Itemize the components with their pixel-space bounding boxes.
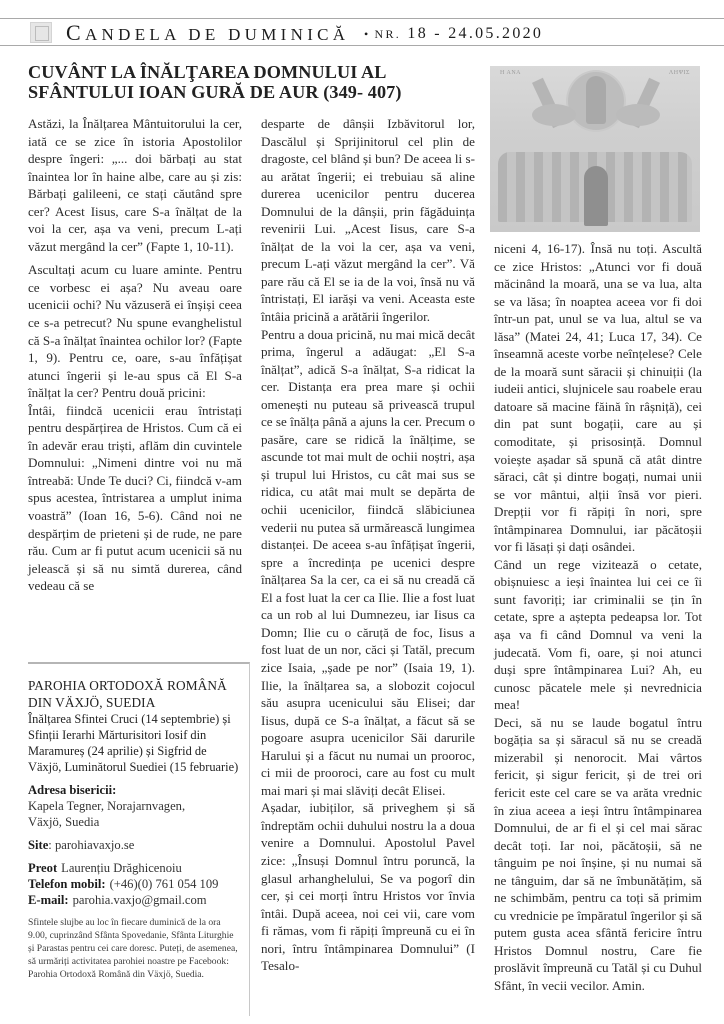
icon-inscription-right: ΛΗΨΙΣ — [669, 70, 690, 76]
ascension-icon-image: Η ΑΝΑ ΛΗΨΙΣ — [490, 66, 700, 232]
phone-number[interactable]: (+46)(0) 761 054 109 — [110, 877, 219, 891]
masthead: CANDELA DE DUMINICĂ •NR. 18 - 24.05.2020 — [0, 18, 724, 46]
church-crest-icon — [30, 22, 52, 43]
paragraph: Ascultați acum cu luare aminte. Pentru c… — [28, 261, 242, 401]
paragraph: Întâi, fiindcă ucenicii erau întristați … — [28, 402, 242, 595]
issue-number-date: 18 - 24.05.2020 — [407, 25, 543, 42]
contact-block: Preot Laurențiu Drăghicenoiu Telefon mob… — [28, 860, 241, 908]
icon-inscription-left: Η ΑΝΑ — [500, 70, 521, 76]
parish-name-line2: DIN VÄXJÖ, SUEDIA — [28, 695, 155, 710]
parish-info-box: PAROHIA ORTODOXĂ ROMÂNĂ DIN VÄXJÖ, SUEDI… — [28, 662, 250, 1016]
article-column-2: desparte de dânșii Izbăvitorul lor, Dasc… — [261, 115, 475, 975]
paragraph: Astăzi, la Înălțarea Mântuitorului la ce… — [28, 115, 242, 255]
paragraph: Pentru a doua pricină, nu mai mică decât… — [261, 326, 475, 800]
parish-name-line1: PAROHIA ORTODOXĂ ROMÂNĂ — [28, 678, 227, 693]
newsletter-title: CANDELA DE DUMINICĂ — [66, 21, 349, 47]
priest-name: Laurențiu Drăghicenoiu — [61, 861, 182, 875]
title-initial: C — [66, 20, 85, 45]
email-link[interactable]: parohia.vaxjo@gmail.com — [73, 893, 207, 907]
parish-name: PAROHIA ORTODOXĂ ROMÂNĂ DIN VÄXJÖ, SUEDI… — [28, 678, 241, 711]
services-note: Sfintele slujbe au loc în fiecare dumini… — [28, 916, 241, 981]
article-title-line2: SFÂNTULUI IOAN GURĂ DE AUR (349- 407) — [28, 82, 402, 102]
article-title-line1: CUVÂNT LA ÎNĂLŢAREA DOMNULUI AL — [28, 62, 386, 82]
article-column-3: niceni 4, 16-17). Însă nu toți. Ascultă … — [494, 240, 702, 995]
priest-label: Preot — [28, 861, 57, 875]
site-link[interactable]: parohiavaxjo.se — [55, 838, 134, 852]
angel-figure — [616, 104, 660, 126]
article-title: CUVÂNT LA ÎNĂLŢAREA DOMNULUI AL SFÂNTULU… — [28, 62, 468, 102]
address-line1: Kapela Tegner, Norajarnvagen, — [28, 798, 241, 814]
issue-prefix: NR. — [375, 27, 402, 41]
paragraph: Așadar, iubiților, să priveghem și să în… — [261, 799, 475, 974]
site-row: Site: parohiavaxjo.se — [28, 837, 241, 853]
site-label: Site — [28, 838, 48, 852]
title-rest: ANDELA DE DUMINICĂ — [85, 25, 349, 44]
theotokos-figure — [584, 166, 608, 226]
parish-patrons: Înălțarea Sfintei Cruci (14 septembrie) … — [28, 711, 241, 775]
christ-figure — [586, 76, 606, 124]
angel-figure — [532, 104, 576, 126]
email-label: E-mail: — [28, 893, 69, 907]
address-label: Adresa bisericii: — [28, 782, 241, 798]
bullet-separator: • — [364, 27, 371, 41]
article-column-1: Astăzi, la Înălțarea Mântuitorului la ce… — [28, 115, 242, 595]
paragraph: Deci, să nu se laude bogatul întru bogăț… — [494, 714, 702, 995]
paragraph: Când un rege vizitează o cetate, obișnui… — [494, 556, 702, 714]
issue-info: •NR. 18 - 24.05.2020 — [364, 24, 543, 44]
church-address: Adresa bisericii: Kapela Tegner, Norajar… — [28, 782, 241, 830]
paragraph: niceni 4, 16-17). Însă nu toți. Ascultă … — [494, 240, 702, 556]
address-line2: Växjö, Suedia — [28, 814, 241, 830]
paragraph: desparte de dânșii Izbăvitorul lor, Dasc… — [261, 115, 475, 326]
phone-label: Telefon mobil: — [28, 877, 106, 891]
